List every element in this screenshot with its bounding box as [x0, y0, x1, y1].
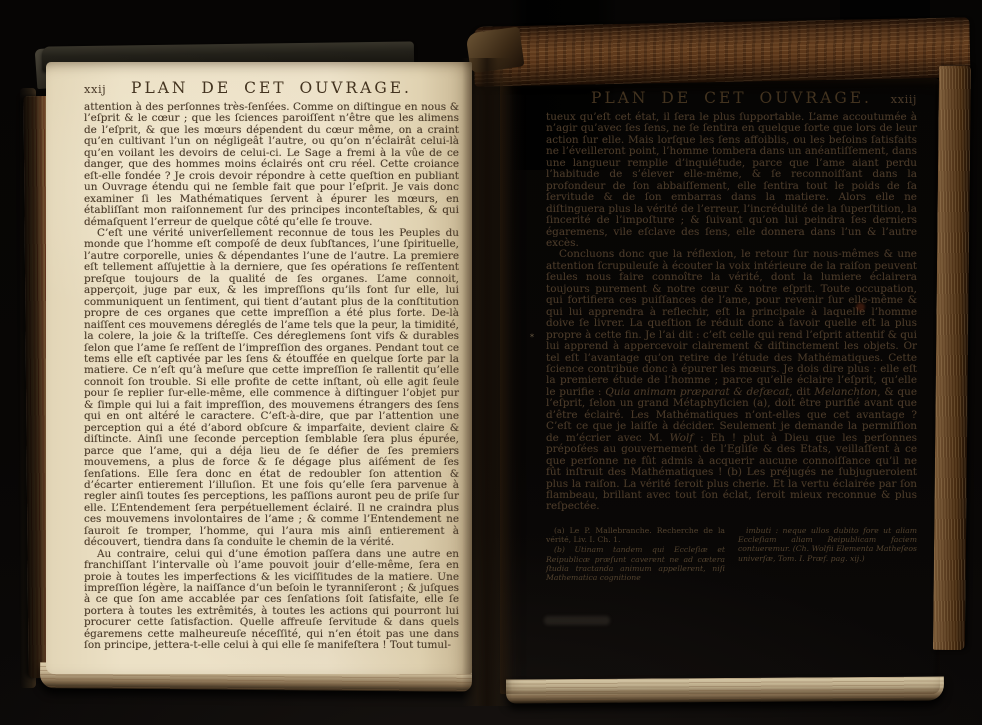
paragraph: C’eſt une vérité univerſellement reconnu… [84, 228, 459, 549]
paragraph: Au contraire, celui qui d’une émotion pa… [84, 549, 459, 652]
margin-mark: * [530, 333, 534, 342]
right-running-title: PLAN DE CET OUVRAGE. [590, 89, 873, 107]
book-scan-scene: xxij PLAN DE CET OUVRAGE. attention à de… [0, 0, 982, 725]
footnote-b: (b) Utinam tandem qui Eccleſiæ et Reipub… [546, 545, 725, 582]
right-page-content: PLAN DE CET OUVRAGE. xxiij tueux qu’eſt … [546, 89, 917, 694]
left-page: xxij PLAN DE CET OUVRAGE. attention à de… [46, 62, 472, 674]
paragraph: tueux qu’eſt cet état, il ſera le plus ſ… [546, 112, 917, 249]
left-running-title: PLAN DE CET OUVRAGE. [128, 79, 415, 97]
paragraph-segment: : Eh ! plut à Dieu que les perſonnes pré… [546, 432, 917, 513]
left-folio-number: xxij [84, 82, 128, 96]
pencil-inscription [544, 616, 610, 625]
page-block-top-edge [473, 17, 970, 87]
right-running-head: PLAN DE CET OUVRAGE. xxiij [546, 89, 917, 107]
gutter-shadow [462, 58, 512, 706]
left-body-text: attention à des perſonnes très-ſenſées. … [84, 102, 459, 652]
footnote-a: (a) Le P. Mallebranche. Recherche de la … [546, 526, 725, 545]
footnotes: (a) Le P. Mallebranche. Recherche de la … [546, 526, 917, 584]
paragraph: attention à des perſonnes très-ſenſées. … [84, 102, 459, 228]
ink-smudge [856, 303, 865, 311]
footnote-column-right: imbuti : neque ullos dubito fore ut alia… [738, 526, 917, 584]
author-name: Wolf [670, 432, 694, 444]
right-body-text: tueux qu’eſt cet état, il ſera le plus ſ… [546, 112, 917, 513]
paragraph-segment: Concluons donc que la réflexion, le reto… [546, 248, 917, 397]
left-page-content: xxij PLAN DE CET OUVRAGE. attention à de… [84, 79, 459, 674]
footnote-column-left: (a) Le P. Mallebranche. Recherche de la … [546, 526, 725, 584]
right-folio-number: xxiij [873, 92, 917, 106]
left-running-head: xxij PLAN DE CET OUVRAGE. [84, 79, 459, 97]
paragraph: Concluons donc que la réflexion, le reto… [546, 249, 917, 512]
right-page: PLAN DE CET OUVRAGE. xxiij tueux qu’eſt … [500, 78, 940, 694]
footnote-b-continuation: imbuti : neque ullos dubito fore ut alia… [738, 526, 917, 563]
